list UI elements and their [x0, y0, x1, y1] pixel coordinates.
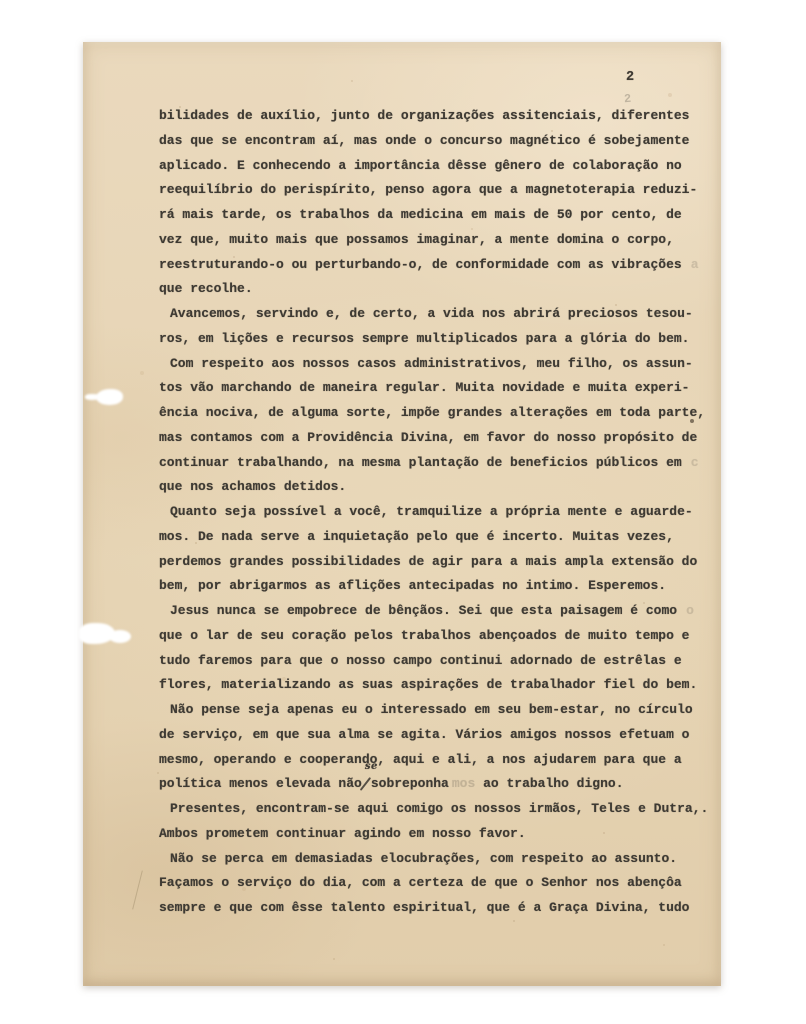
typed-text: sobreponha: [371, 776, 449, 791]
paper-damage-spot: [85, 394, 99, 400]
ghost-mark: o: [686, 603, 694, 618]
text-line: de serviço, em que sua alma se agita. Vá…: [159, 723, 731, 748]
paper-texture: [83, 42, 85, 44]
text-line: ência nociva, de alguma sorte, impõe gra…: [159, 401, 731, 426]
text-line: aplicado. E conhecendo a importância dês…: [159, 154, 731, 179]
caret-slash: [360, 777, 371, 791]
text-line: bilidades de auxílio, junto de organizaç…: [159, 104, 731, 129]
text-line: continuar trabalhando, na mesma plantaçã…: [159, 451, 731, 476]
text-line: Presentes, encontram-se aqui comigo os n…: [159, 797, 731, 822]
text-line: Avancemos, servindo e, de certo, a vida …: [159, 302, 731, 327]
inserted-word: se: [365, 762, 378, 772]
text-line: reestruturando-o ou perturbando-o, de co…: [159, 253, 731, 278]
ghost-mark: a: [691, 257, 699, 272]
text-line: das que se encontram aí, mas onde o conc…: [159, 129, 731, 154]
text-line: rá mais tarde, os trabalhos da medicina …: [159, 203, 731, 228]
text-line: perdemos grandes possibilidades de agir …: [159, 550, 731, 575]
ghost-mark: c: [691, 455, 699, 470]
paper-scratch: [132, 870, 143, 909]
typed-text: ao trabalho digno.: [475, 776, 623, 791]
text-line: sempre e que com êsse talento espiritual…: [159, 896, 731, 921]
paper-damage-spot: [96, 389, 123, 405]
text-line: vez que, muito mais que possamos imagina…: [159, 228, 731, 253]
erased-text: mos: [452, 776, 475, 791]
text-line: ros, em lições e recursos sempre multipl…: [159, 327, 731, 352]
text-line: flores, materializando as suas aspiraçõe…: [159, 673, 731, 698]
text-line: Quanto seja possível a você, tramquilize…: [159, 500, 731, 525]
text-line: Não se perca em demasiadas elocubrações,…: [159, 847, 731, 872]
text-line: Jesus nunca se empobrece de bênçãos. Sei…: [159, 599, 731, 624]
text-line: política menos elevada nãosesobreponhamo…: [159, 772, 731, 797]
text-line: que o lar de seu coração pelos trabalhos…: [159, 624, 731, 649]
paper-damage-spot: [109, 630, 131, 643]
text-line: tos vão marchando de maneira regular. Mu…: [159, 376, 731, 401]
text-line: Não pense seja apenas eu o interessado e…: [159, 698, 731, 723]
text-line: mos. De nada serve a inquietação pelo qu…: [159, 525, 731, 550]
scanned-document: 2 2 bilidades de auxílio, junto de organ…: [0, 0, 806, 1024]
text-line: tudo faremos para que o nosso campo cont…: [159, 649, 731, 674]
letter-page: 2 2 bilidades de auxílio, junto de organ…: [83, 42, 721, 986]
text-line: Façamos o serviço do dia, com a certeza …: [159, 871, 731, 896]
text-line: mesmo, operando e cooperando, aqui e ali…: [159, 748, 731, 773]
text-line: que nos achamos detidos.: [159, 475, 731, 500]
handwritten-insertion: se: [362, 774, 371, 787]
typed-text: política menos elevada não: [159, 776, 362, 791]
text-line: bem, por abrigarmos as aflições antecipa…: [159, 574, 731, 599]
text-line: reequilíbrio do perispírito, penso agora…: [159, 178, 731, 203]
text-line: Com respeito aos nossos casos administra…: [159, 352, 731, 377]
text-line: Ambos prometem continuar agindo em nosso…: [159, 822, 731, 847]
text-line: que recolhe.: [159, 277, 731, 302]
page-number: 2: [626, 70, 634, 85]
text-line: mas contamos com a Providência Divina, e…: [159, 426, 731, 451]
text-block: bilidades de auxílio, junto de organizaç…: [159, 104, 731, 921]
